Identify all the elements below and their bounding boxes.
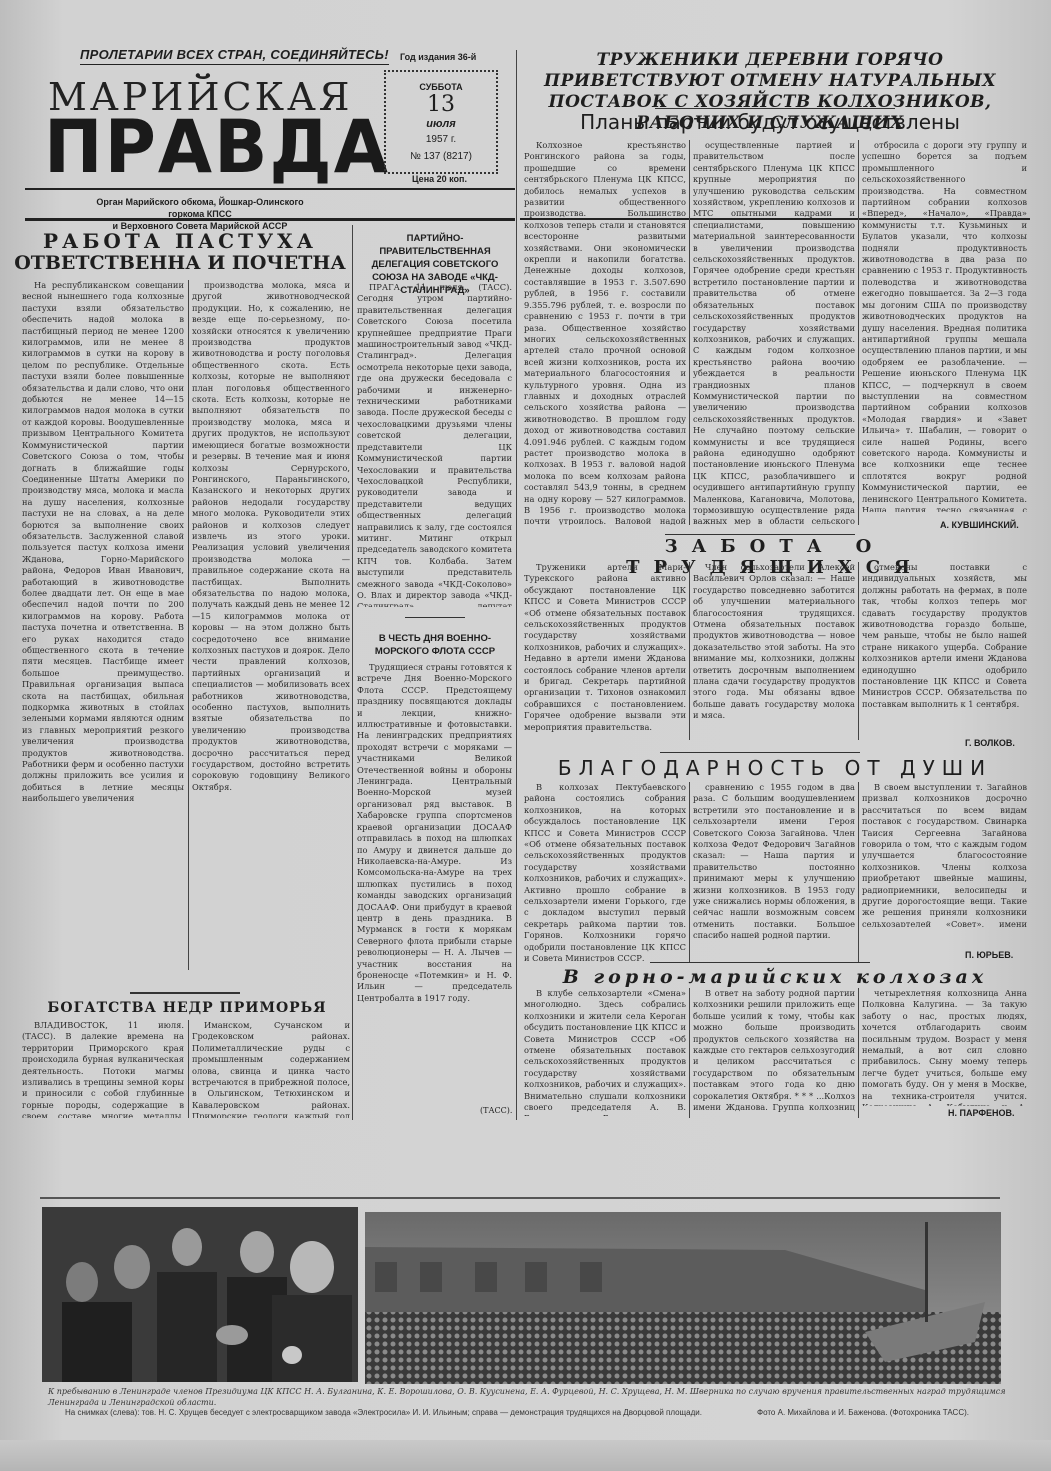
page-bottom-edge	[0, 1440, 1051, 1471]
photo-people-graphic	[42, 1207, 358, 1382]
issue-number: № 137 (8217)	[386, 151, 496, 162]
kolkhoz-signature: Н. ПАРФЕНОВ.	[948, 1108, 1015, 1118]
gratitude-column-1: В колхозах Пектубаевского района состоял…	[524, 782, 686, 962]
main-divider	[516, 50, 517, 1120]
month: июля	[386, 118, 496, 130]
day-of-week: СУББОТА	[386, 82, 496, 92]
separator	[665, 534, 855, 535]
lead-underline	[655, 108, 895, 109]
gratitude-headline: БЛАГОДАРНОСТЬ ОТ ДУШИ	[520, 756, 1030, 780]
divider	[858, 988, 859, 1118]
divider	[188, 280, 189, 970]
gratitude-column-3: В своем выступлении т. Загайнов призвал …	[862, 782, 1027, 927]
primorye-column-2: Иманском, Сучанском и Гродековском район…	[192, 1020, 350, 1118]
kolkhoz-column-1: В клубе сельхозартели «Смена» многолюдно…	[524, 988, 686, 1116]
date-box: СУББОТА 13 июля 1957 г. № 137 (8217)	[384, 70, 498, 174]
navy-day-headline: В ЧЕСТЬ ДНЯ ВОЕННО-МОРСКОГО ФЛОТА СССР	[355, 632, 515, 658]
photo-caption-2: На снимках (слева): тов. Н. С. Хрущев бе…	[65, 1407, 725, 1418]
year: 1957 г.	[386, 134, 496, 145]
lead-column-3: отбросила с дороги эту группу и успешно …	[862, 140, 1027, 512]
delegation-body: ПРАГА, 11 июля. (ТАСС). Сегодня утром па…	[357, 282, 512, 607]
photo-palace-square	[365, 1212, 1001, 1384]
divider	[352, 225, 353, 1120]
divider	[858, 140, 859, 525]
separator	[650, 962, 870, 963]
shepherd-column-2: производства молока, мяса и другой живот…	[192, 280, 350, 970]
shepherd-column-1: На республиканском совещании весной ныне…	[22, 280, 184, 970]
navy-day-signature: (ТАСС).	[480, 1106, 512, 1115]
divider	[689, 988, 690, 1118]
lead-column-2: осуществленные партией и правительством …	[693, 140, 855, 525]
navy-day-body: Трудящиеся страны готовятся к встрече Дн…	[357, 662, 512, 1102]
price: Цена 20 коп.	[412, 174, 467, 184]
care-column-2: Член сельхозартели Алексей Васильевич Ор…	[693, 562, 855, 740]
divider	[858, 562, 859, 740]
separator	[130, 992, 240, 994]
gratitude-column-2: сравнению с 1955 годом в два раза. С бол…	[693, 782, 855, 962]
organ-line1: Орган Марийского обкома, Йошкар-Олинског…	[80, 196, 320, 220]
photo-caption-1: К пребыванию в Ленинграде членов Президи…	[48, 1386, 1008, 1408]
publication-year: Год издания 36-й	[400, 52, 476, 62]
lead-signature: А. КУВШИНСКИЙ.	[940, 520, 1019, 530]
newspaper-page: ПРОЛЕТАРИИ ВСЕХ СТРАН, СОЕДИНЯЙТЕСЬ! МАР…	[0, 0, 1051, 1471]
kolkhoz-headline: В горно-марийских колхозах	[520, 966, 1030, 988]
slogan: ПРОЛЕТАРИИ ВСЕХ СТРАН, СОЕДИНЯЙТЕСЬ!	[80, 47, 389, 65]
masthead-title-line2: ПРАВДА	[44, 110, 390, 184]
kolkhoz-column-2: В ответ на заботу родной партии колхозни…	[693, 988, 855, 1116]
day-number: 13	[386, 92, 496, 118]
divider	[858, 782, 859, 962]
photo-crowd-graphic	[365, 1212, 1001, 1384]
lead-column-1: Колхозное крестьянство Ронгинского район…	[524, 140, 686, 525]
divider	[689, 140, 690, 525]
shepherd-headline: РАБОТА ПАСТУХА ОТВЕТСТВЕННА И ПОЧЕТНА	[10, 230, 350, 274]
photo-khrushchev	[42, 1207, 358, 1382]
gratitude-signature: П. ЮРЬЕВ.	[965, 950, 1013, 960]
separator	[405, 617, 465, 618]
separator	[660, 752, 860, 753]
primorye-column-1: ВЛАДИВОСТОК, 11 июля. (ТАСС). В далекие …	[22, 1020, 184, 1118]
divider	[188, 1020, 189, 1118]
photo-credit: Фото А. Михайлова и И. Баженова. (Фотохр…	[757, 1407, 1017, 1418]
lead-subheadline: Планы партии будут осуществлены	[520, 110, 1020, 134]
primorye-headline: БОГАТСТВА НЕДР ПРИМОРЬЯ	[22, 1000, 352, 1016]
masthead-rule	[25, 188, 515, 190]
divider	[689, 782, 690, 962]
care-signature: Г. ВОЛКОВ.	[965, 738, 1015, 748]
kolkhoz-column-3: четырехлетняя колхозница Анна Полковна К…	[862, 988, 1027, 1106]
care-column-1: Труженики артели Мари-Турекского района …	[524, 562, 686, 740]
divider	[689, 562, 690, 740]
masthead-bottom-rule	[25, 218, 515, 221]
masthead-organ: Орган Марийского обкома, Йошкар-Олинског…	[80, 196, 320, 232]
care-column-3: отменены поставки с индивидуальных хозяй…	[862, 562, 1027, 732]
photo-rule	[40, 1197, 1000, 1199]
